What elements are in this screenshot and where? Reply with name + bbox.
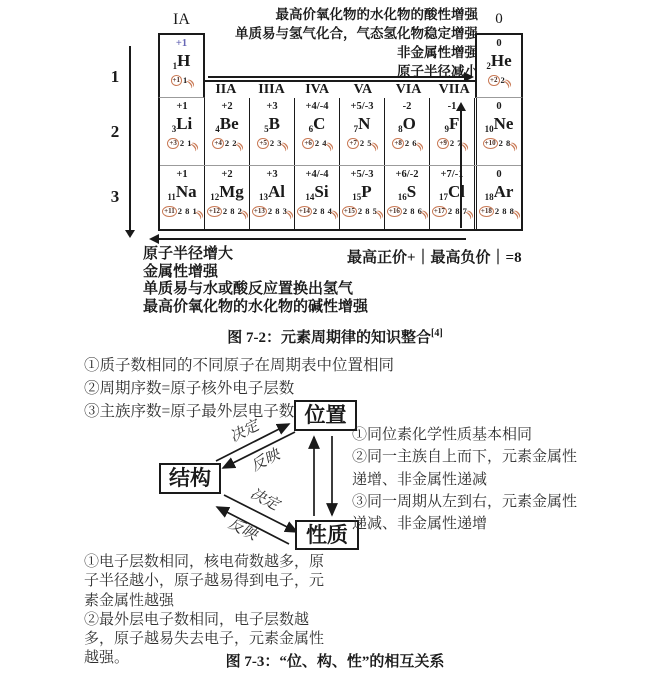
element-valence: +3 <box>266 101 277 113</box>
element-cell-ne: 0 10Ne +10 2 8 )) <box>474 98 521 165</box>
element-cell-f: -1 9F +9 2 7 )) <box>429 98 474 165</box>
bohr-atom-diagram: +2 2 )) <box>488 75 510 86</box>
element-valence: 0 <box>496 101 501 113</box>
element-valence: +1 <box>176 101 187 113</box>
shell-arcs-icon: )) <box>239 209 249 220</box>
nucleus-charge: +17 <box>432 206 447 217</box>
atomic-number: 14 <box>305 192 314 202</box>
group-header: IIIA <box>249 82 295 97</box>
bohr-atom-diagram: +7 2 5 )) <box>347 138 376 149</box>
bohr-atom-diagram: +5 2 3 )) <box>257 138 286 149</box>
nonmetal-trend-arrow-up <box>460 109 462 228</box>
group-label-zero: 0 <box>475 11 523 28</box>
bohr-atom-diagram: +8 2 6 )) <box>392 138 421 149</box>
trend-note: 非金属性增强 <box>190 43 478 62</box>
trend-note: 原子半径减小 <box>190 62 478 81</box>
bohr-atom-diagram: +15 2 8 5 )) <box>342 206 382 217</box>
element-valence: +2 <box>221 169 232 181</box>
element-valence: -2 <box>403 101 412 113</box>
nucleus-charge: +14 <box>297 206 312 217</box>
atomic-number: 7 <box>354 124 359 134</box>
trend-note: 最高价氧化物的水化物的酸性增强 <box>190 5 478 24</box>
element-cell-he: 0 2He +2 2 )) <box>477 35 521 97</box>
period-number: 1 <box>106 67 124 87</box>
nucleus-charge: +16 <box>387 206 402 217</box>
element-symbol: 12Mg <box>210 182 244 204</box>
metal-trend-arrow-left-head-icon <box>149 234 159 244</box>
group-header: IVA <box>294 82 340 97</box>
element-symbol: 11Na <box>167 182 196 204</box>
nucleus-charge: +6 <box>302 138 314 149</box>
element-cell-li: +1 3Li +3 2 1 )) <box>160 98 204 165</box>
period-numbers: 123 <box>106 0 124 240</box>
element-symbol: 14Si <box>305 182 328 204</box>
nucleus-charge: +3 <box>167 138 179 149</box>
element-symbol: 2He <box>486 51 511 73</box>
valence-rule-note: 最高正价+｜最高负价｜=8 <box>347 246 522 267</box>
caption-text: 图 7-3：“位、构、性”的相互关系 <box>226 654 445 670</box>
nucleus-charge: +10 <box>483 138 498 149</box>
bohr-atom-diagram: +1 1 )) <box>171 75 193 86</box>
bohr-atom-diagram: +18 2 8 8 )) <box>479 206 519 217</box>
helium-cell-frame: 0 2He +2 2 )) <box>475 33 523 98</box>
atomic-number: 4 <box>215 124 220 134</box>
element-symbol: 7N <box>354 114 371 136</box>
nucleus-charge: +2 <box>488 75 500 86</box>
element-valence: +4/-4 <box>306 169 329 181</box>
shell-arcs-icon: )) <box>464 209 474 220</box>
element-symbol: 1H <box>173 51 191 73</box>
nucleus-charge: +7 <box>347 138 359 149</box>
atomic-number: 2 <box>486 61 491 71</box>
element-symbol: 5B <box>264 114 280 136</box>
atomic-number: 18 <box>485 192 494 202</box>
shell-arcs-icon: )) <box>324 141 335 152</box>
table-rows: +1 3Li +3 2 1 )) +2 4Be +4 2 2 )) +3 5B … <box>158 98 523 231</box>
shell-arcs-icon: )) <box>194 209 204 220</box>
bohr-atom-diagram: +4 2 2 )) <box>212 138 241 149</box>
element-cell-cl: +7/-1 17Cl +17 2 8 7 )) <box>429 166 474 229</box>
metal-trend-arrow-left <box>158 238 466 240</box>
period-axis-line <box>129 46 131 231</box>
bohr-atom-diagram: +6 2 4 )) <box>302 138 331 149</box>
element-symbol: 13Al <box>259 182 285 204</box>
element-valence: +1 <box>176 169 187 181</box>
element-symbol: 8O <box>398 114 416 136</box>
nucleus-charge: +5 <box>257 138 269 149</box>
shell-arcs-icon: )) <box>369 141 380 152</box>
element-valence: +6/-2 <box>396 169 419 181</box>
element-valence: +5/-3 <box>351 169 374 181</box>
element-symbol: 4Be <box>215 114 238 136</box>
atomic-number: 6 <box>309 124 314 134</box>
element-cell-ar: 0 18Ar +18 2 8 8 )) <box>474 166 521 229</box>
edge-label-decide-lower: 决定 <box>247 482 283 514</box>
nucleus-charge: +13 <box>252 206 267 217</box>
edge-label-reflect-upper: 反映 <box>247 443 283 475</box>
bohr-atom-diagram: +14 2 8 4 )) <box>297 206 337 217</box>
edge-label-reflect-lower: 反映 <box>225 512 261 544</box>
group-header: IIA <box>203 82 249 97</box>
diagram-side-notes: ①同位素化学性质基本相同②同一主族自上而下，元素金属性递增、非金属性递减③同一周… <box>352 424 586 535</box>
period-3-row: +1 11Na +11 2 8 1 )) +2 12Mg +12 2 8 2 )… <box>160 166 521 229</box>
nucleus-charge: +11 <box>162 206 177 217</box>
shell-arcs-icon: )) <box>511 209 521 220</box>
element-symbol: 18Ar <box>485 182 514 204</box>
note-line: ②同一主族自上而下，元素金属性递增、非金属性递减 <box>352 446 586 491</box>
element-cell-o: -2 8O +8 2 6 )) <box>384 98 429 165</box>
atomic-number: 3 <box>172 124 177 134</box>
nucleus-charge: +8 <box>392 138 404 149</box>
note-line: ②周期序数=原子核外电子层数 <box>84 377 394 400</box>
group-header: VIIA <box>431 82 477 97</box>
bohr-atom-diagram: +12 2 8 2 )) <box>207 206 247 217</box>
shell-arcs-icon: )) <box>329 209 339 220</box>
note-line: ①质子数相同的不同原子在周期表中位置相同 <box>84 354 394 377</box>
trend-notes-bottom: 原子半径增大金属性增强单质易与水或酸反应置换出氢气最高价氧化物的水化物的碱性增强 <box>143 246 368 316</box>
atomic-number: 10 <box>485 124 494 134</box>
nucleus-charge: +1 <box>171 75 183 86</box>
element-symbol: 10Ne <box>485 114 514 136</box>
atomic-number: 5 <box>264 124 269 134</box>
period-number: 2 <box>106 122 124 142</box>
element-symbol: 6C <box>309 114 326 136</box>
structure-box: 结构 <box>159 463 221 494</box>
note-line: ①电子层数相同，核电荷数越多，原子半径越小，原子越易得到电子，元素金属性越强 <box>84 553 338 611</box>
bohr-atom-diagram: +13 2 8 3 )) <box>252 206 292 217</box>
shell-arcs-icon: )) <box>374 209 384 220</box>
nucleus-charge: +15 <box>342 206 357 217</box>
group-headers: IIAIIIAIVAVAVIAVIIA <box>203 82 477 97</box>
element-symbol: 3Li <box>172 114 193 136</box>
group-header: VA <box>340 82 386 97</box>
element-valence: +1 <box>176 38 187 50</box>
element-cell-s: +6/-2 16S +16 2 8 6 )) <box>384 166 429 229</box>
element-cell-b: +3 5B +5 2 3 )) <box>249 98 294 165</box>
shell-arcs-icon: )) <box>189 141 200 152</box>
nucleus-charge: +18 <box>479 206 494 217</box>
atomic-number: 15 <box>352 192 361 202</box>
shell-arcs-icon: )) <box>185 78 196 89</box>
atomic-number: 8 <box>398 124 403 134</box>
element-valence: +4/-4 <box>306 101 329 113</box>
nonmetal-trend-arrow-up-head-icon <box>456 102 466 111</box>
element-symbol: 16S <box>398 182 416 204</box>
element-cell-si: +4/-4 14Si +14 2 8 4 )) <box>294 166 339 229</box>
shell-arcs-icon: )) <box>414 141 425 152</box>
figure-7-2-caption: 图 7-2：元素周期律的知识整合[4] <box>0 326 670 347</box>
bohr-atom-diagram: +11 2 8 1 )) <box>162 206 202 217</box>
period-number: 3 <box>106 187 124 207</box>
element-cell-n: +5/-3 7N +7 2 5 )) <box>339 98 384 165</box>
property-box: 性质 <box>295 520 359 550</box>
element-cell-al: +3 13Al +13 2 8 3 )) <box>249 166 294 229</box>
atomic-number: 16 <box>398 192 407 202</box>
element-valence: 0 <box>496 169 501 181</box>
period-2-row: +1 3Li +3 2 1 )) +2 4Be +4 2 2 )) +3 5B … <box>160 98 521 166</box>
caption-text: 图 7-2：元素周期律的知识整合 <box>227 330 431 346</box>
element-cell-c: +4/-4 6C +6 2 4 )) <box>294 98 339 165</box>
note-line: ③同一周期从左到右，元素金属性递减、非金属性递增 <box>352 491 586 536</box>
element-valence: +5/-3 <box>351 101 374 113</box>
nucleus-charge: +4 <box>212 138 224 149</box>
position-box: 位置 <box>294 400 357 431</box>
element-valence: +3 <box>266 169 277 181</box>
shell-arcs-icon: )) <box>234 141 245 152</box>
trend-note: 单质易与水或酸反应置换出氢气 <box>143 281 368 299</box>
atomic-number: 17 <box>439 192 448 202</box>
atomic-number: 12 <box>210 192 219 202</box>
shell-arcs-icon: )) <box>279 141 290 152</box>
shell-arcs-icon: )) <box>508 141 519 152</box>
element-symbol: 15P <box>352 182 371 204</box>
element-cell-h: +1 1H +1 1 )) <box>160 35 203 97</box>
bohr-atom-diagram: +16 2 8 6 )) <box>387 206 427 217</box>
figure-page: IA 0 123 最高价氧化物的水化物的酸性增强单质易与氢气化合，气态氢化物稳定… <box>0 0 670 684</box>
atomic-number: 13 <box>259 192 268 202</box>
element-symbol: 9F <box>445 114 460 136</box>
element-cell-p: +5/-3 15P +15 2 8 5 )) <box>339 166 384 229</box>
atomic-number: 9 <box>445 124 450 134</box>
trend-note: 最高价氧化物的水化物的碱性增强 <box>143 299 368 317</box>
bohr-atom-diagram: +3 2 1 )) <box>167 138 196 149</box>
bohr-atom-diagram: +17 2 8 7 )) <box>432 206 472 217</box>
hydrogen-cell-frame: +1 1H +1 1 )) <box>158 33 205 98</box>
group-header: VIA <box>386 82 432 97</box>
shell-arcs-icon: )) <box>502 78 513 89</box>
citation-ref: [4] <box>431 328 443 339</box>
period-axis-arrowhead-icon <box>125 230 135 238</box>
note-line: ①同位素化学性质基本相同 <box>352 424 586 446</box>
nucleus-charge: +12 <box>207 206 222 217</box>
bohr-atom-diagram: +10 2 8 )) <box>483 138 516 149</box>
bohr-atom-diagram: +9 2 7 )) <box>437 138 466 149</box>
element-cell-mg: +2 12Mg +12 2 8 2 )) <box>204 166 249 229</box>
trend-notes-top: 最高价氧化物的水化物的酸性增强单质易与氢气化合，气态氢化物稳定增强非金属性增强原… <box>190 5 478 81</box>
trend-note: 金属性增强 <box>143 264 368 282</box>
atomic-number: 11 <box>167 192 176 202</box>
shell-arcs-icon: )) <box>419 209 429 220</box>
atomic-number: 1 <box>173 61 178 71</box>
trend-note: 原子半径增大 <box>143 246 368 264</box>
shell-arcs-icon: )) <box>284 209 294 220</box>
trend-arrow-right <box>208 76 466 78</box>
element-cell-na: +1 11Na +11 2 8 1 )) <box>160 166 204 229</box>
figure-7-3-caption: 图 7-3：“位、构、性”的相互关系 <box>0 650 670 671</box>
nucleus-charge: +9 <box>437 138 449 149</box>
element-valence: +2 <box>221 101 232 113</box>
trend-note: 单质易与氢气化合，气态氢化物稳定增强 <box>190 24 478 43</box>
element-valence: 0 <box>496 38 501 50</box>
element-cell-be: +2 4Be +4 2 2 )) <box>204 98 249 165</box>
